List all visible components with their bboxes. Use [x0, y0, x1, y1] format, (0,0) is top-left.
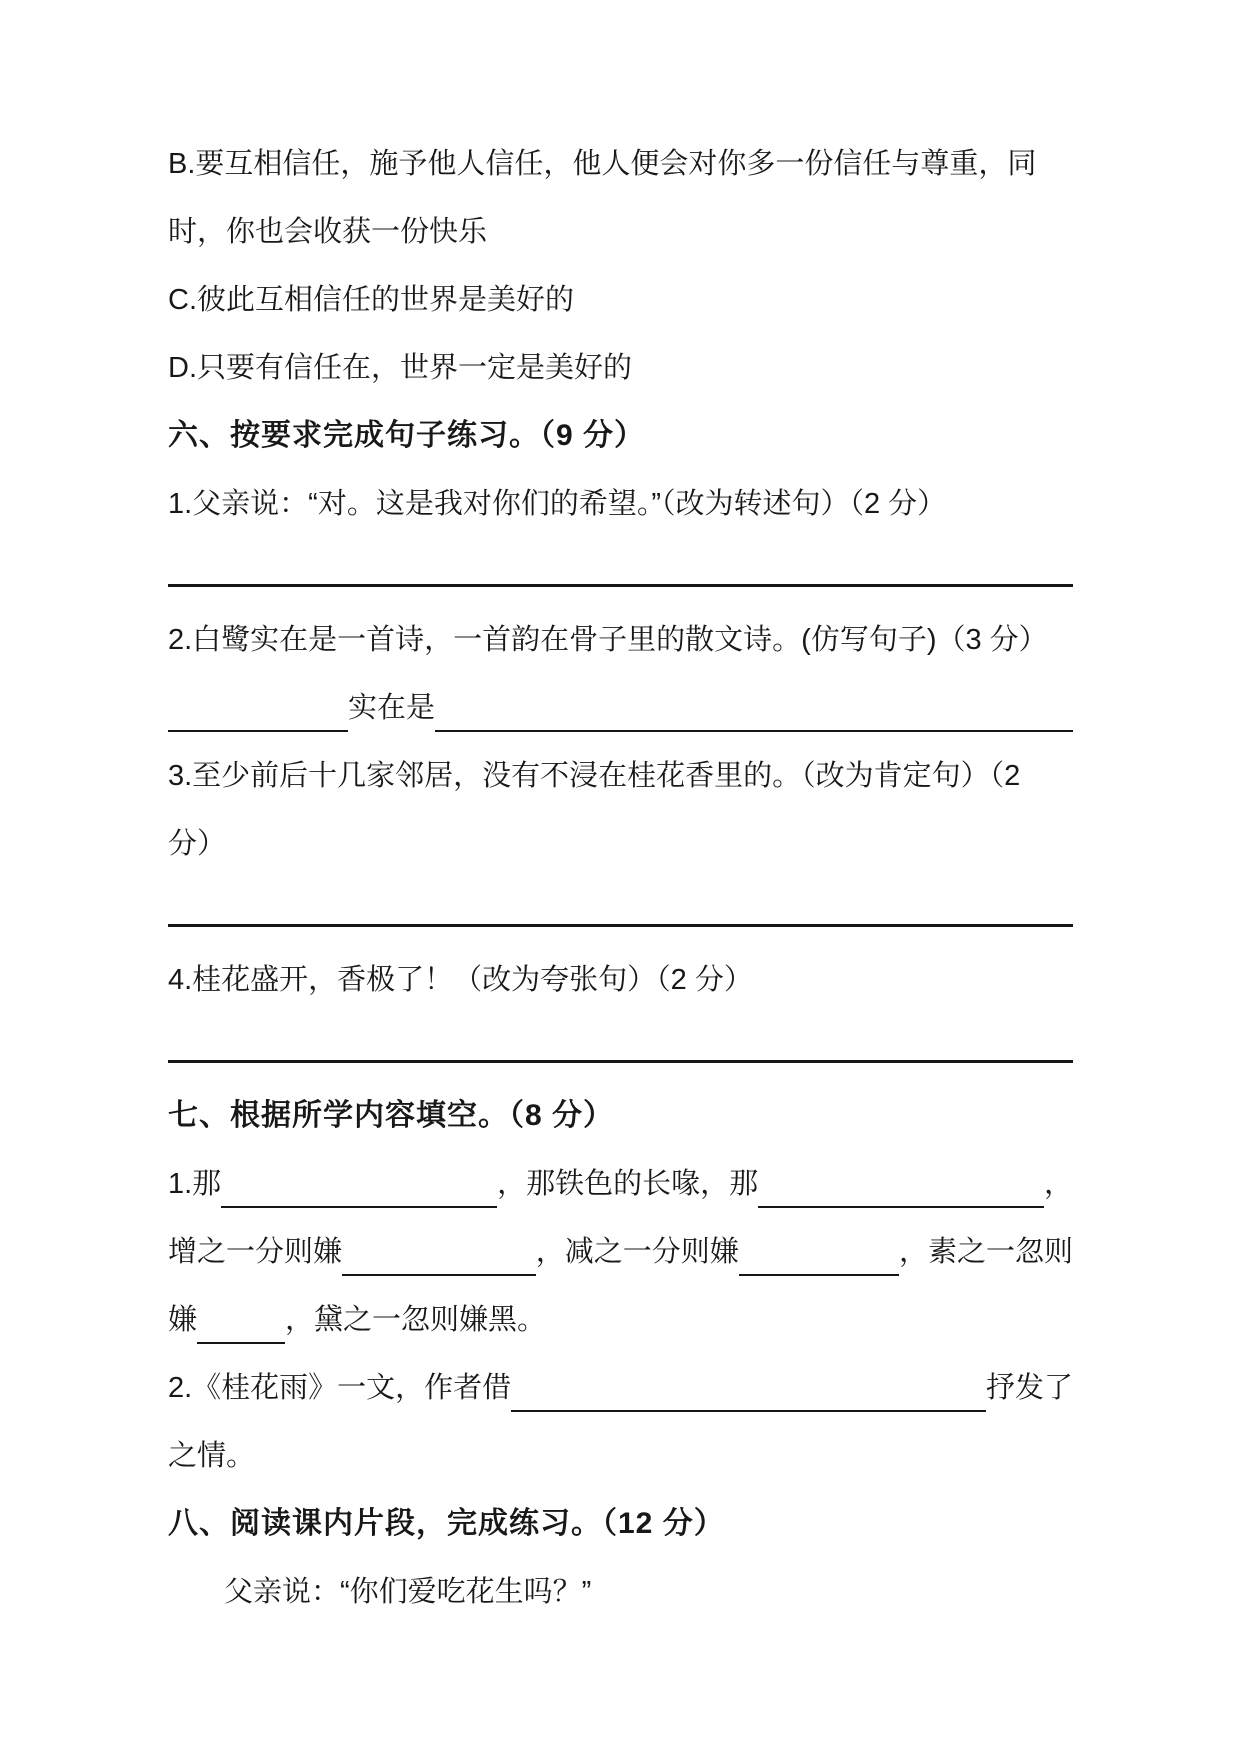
- question-7-2-text-1: 2.《桂花雨》一文，作者借: [168, 1374, 511, 1403]
- fill-blank: [511, 1372, 986, 1412]
- option-b-text-1: B.要互相信任，施予他人信任，他人便会对你多一份信任与尊重，同: [168, 150, 1036, 179]
- question-6-2: 2.白鹭实在是一首诗，一首韵在骨子里的散文诗。(仿写句子)（3 分）: [168, 606, 1073, 674]
- fill-blank: [197, 1304, 285, 1344]
- question-7-1-text-1: 1.那: [168, 1170, 221, 1199]
- answer-line: [168, 924, 1073, 927]
- option-b-text-2: 时，你也会收获一份快乐: [168, 218, 487, 247]
- fill-blank: [739, 1236, 899, 1276]
- question-6-3-text-2: 分）: [168, 830, 226, 859]
- answer-line: [168, 1060, 1073, 1063]
- fill-blank: [168, 692, 348, 732]
- option-b-line-1: B.要互相信任，施予他人信任，他人便会对你多一份信任与尊重，同: [168, 130, 1073, 198]
- answer-line-row-1: [168, 538, 1073, 606]
- question-6-1: 1.父亲说：“对。这是我对你们的希望。”（改为转述句）（2 分）: [168, 470, 1073, 538]
- question-7-1-line-1: 1.那 ，那铁色的长喙，那 ，: [168, 1150, 1073, 1218]
- section-6-heading-text: 六、按要求完成句子练习。（9 分）: [168, 421, 645, 451]
- question-7-1-line3-text-1: 嫌: [168, 1306, 197, 1335]
- question-6-3-line-1: 3.至少前后十几家邻居，没有不浸在桂花香里的。（改为肯定句）（2: [168, 742, 1073, 810]
- question-6-3-text-1: 3.至少前后十几家邻居，没有不浸在桂花香里的。（改为肯定句）（2: [168, 762, 1020, 791]
- option-d-line: D.只要有信任在，世界一定是美好的: [168, 334, 1073, 402]
- question-6-4: 4.桂花盛开，香极了！（改为夸张句）（2 分）: [168, 946, 1073, 1014]
- passage-line-father-says: 父亲说：“你们爱吃花生吗？”: [168, 1558, 1073, 1626]
- answer-line-row-3: [168, 1014, 1073, 1082]
- option-c-text: C.彼此互相信任的世界是美好的: [168, 286, 574, 315]
- question-7-1-text-2: ，那铁色的长喙，那: [497, 1170, 758, 1199]
- option-d-text: D.只要有信任在，世界一定是美好的: [168, 354, 632, 383]
- fill-blank: [758, 1168, 1044, 1208]
- question-7-1-line2-text-1: 增之一分则嫌: [168, 1238, 342, 1267]
- question-7-1-text-3: ，: [1044, 1170, 1073, 1199]
- answer-line: [168, 584, 1073, 587]
- question-6-2-text: 2.白鹭实在是一首诗，一首韵在骨子里的散文诗。(仿写句子)（3 分）: [168, 626, 1048, 655]
- question-7-1-line2-text-3: ，素之一忽则: [899, 1238, 1073, 1267]
- page-content: B.要互相信任，施予他人信任，他人便会对你多一份信任与尊重，同 时，你也会收获一…: [168, 130, 1073, 1626]
- section-7-heading-text: 七、根据所学内容填空。（8 分）: [168, 1101, 614, 1131]
- fill-blank: [221, 1168, 497, 1208]
- section-6-heading: 六、按要求完成句子练习。（9 分）: [168, 402, 1073, 470]
- question-7-2-text-2: 抒发了: [986, 1374, 1073, 1403]
- section-7-heading: 七、根据所学内容填空。（8 分）: [168, 1082, 1073, 1150]
- question-6-4-text: 4.桂花盛开，香极了！（改为夸张句）（2 分）: [168, 966, 753, 995]
- option-b-line-2: 时，你也会收获一份快乐: [168, 198, 1073, 266]
- question-6-2-fill: 实在是: [168, 674, 1073, 742]
- question-7-1-line2-text-2: ，减之一分则嫌: [536, 1238, 739, 1267]
- option-c-line: C.彼此互相信任的世界是美好的: [168, 266, 1073, 334]
- section-8-heading: 八、阅读课内片段，完成练习。（12 分）: [168, 1490, 1073, 1558]
- question-7-1-line-2: 增之一分则嫌 ，减之一分则嫌 ，素之一忽则: [168, 1218, 1073, 1286]
- question-7-1-line-3: 嫌 ，黛之一忽则嫌黑。: [168, 1286, 1073, 1354]
- passage-text: 父亲说：“你们爱吃花生吗？”: [224, 1578, 591, 1607]
- question-6-3-line-2: 分）: [168, 810, 1073, 878]
- fill-blank: [342, 1236, 536, 1276]
- question-6-1-text: 1.父亲说：“对。这是我对你们的希望。”（改为转述句）（2 分）: [168, 490, 946, 519]
- question-7-2-line-1: 2.《桂花雨》一文，作者借 抒发了: [168, 1354, 1073, 1422]
- fill-blank: [435, 692, 1073, 732]
- section-8-heading-text: 八、阅读课内片段，完成练习。（12 分）: [168, 1509, 725, 1539]
- question-6-2-fill-text: 实在是: [348, 694, 435, 723]
- answer-line-row-2: [168, 878, 1073, 946]
- test-paper-page: B.要互相信任，施予他人信任，他人便会对你多一份信任与尊重，同 时，你也会收获一…: [0, 0, 1241, 1754]
- question-7-2-line-2: 之情。: [168, 1422, 1073, 1490]
- question-7-2-line2-text: 之情。: [168, 1442, 255, 1471]
- question-7-1-line3-text-2: ，黛之一忽则嫌黑。: [285, 1306, 546, 1335]
